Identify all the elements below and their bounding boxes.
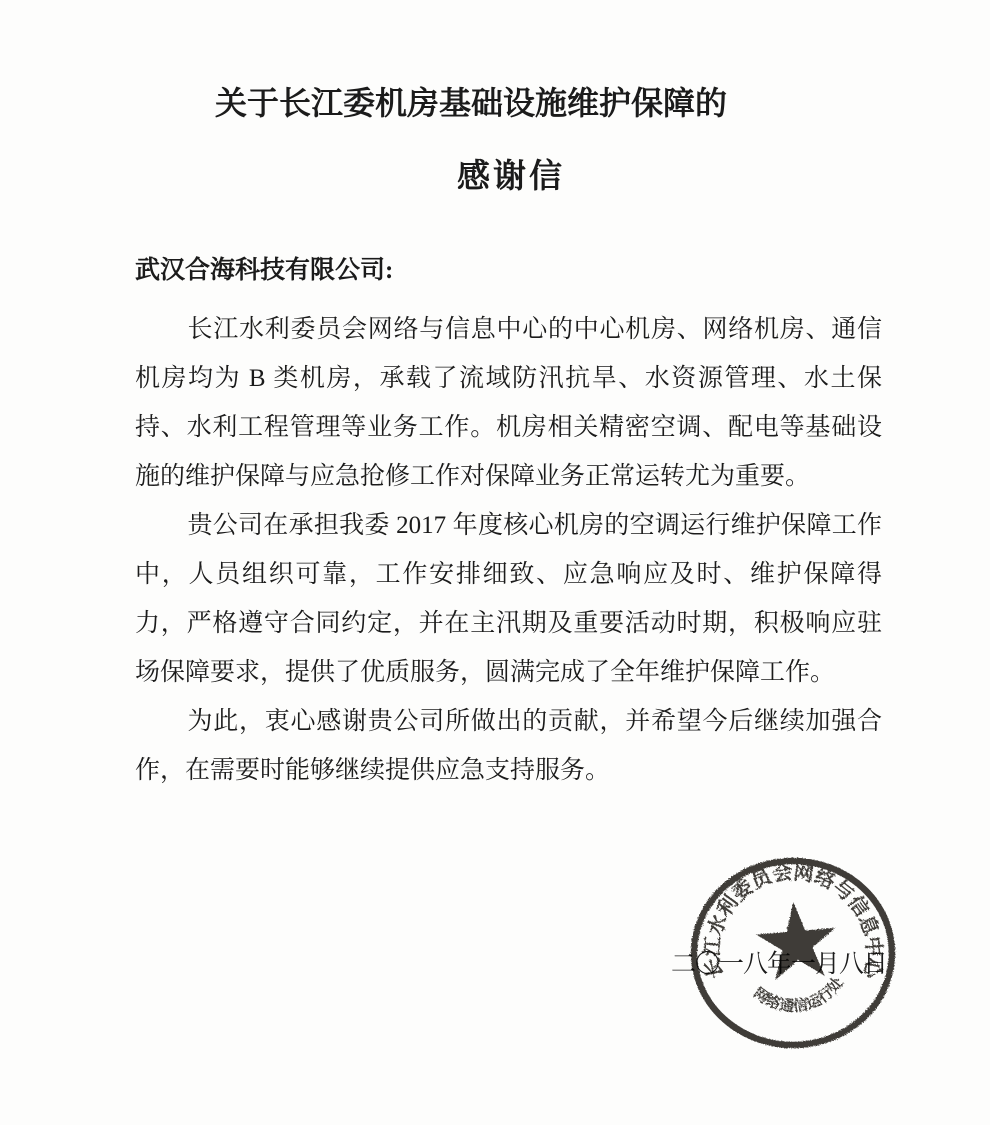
letter-title-line2: 感谢信 [16, 150, 990, 197]
star-icon [754, 899, 840, 982]
seal-bottom-textpath: 网络通信运行处 [748, 973, 850, 1022]
paragraph-3: 为此，衷心感谢贵公司所做出的贡献，并希望今后继续加强合作，在需要时能够继续提供应… [135, 697, 882, 795]
paragraph-2: 贵公司在承担我委 2017 年度核心机房的空调运行维护保障工作中，人员组织可靠，… [135, 501, 882, 697]
paragraph-1: 长江水利委员会网络与信息中心的中心机房、网络机房、通信机房均为 B 类机房，承载… [135, 305, 882, 501]
official-seal-stamp: 长江水利委员会网络与信息中心 网络通信运行处 [688, 855, 898, 1055]
salutation: 武汉合海科技有限公司: [135, 246, 882, 295]
seal-bottom-text: 网络通信运行处 [748, 973, 850, 1022]
scanned-letter-page: 关于长江委机房基础设施维护保障的 感谢信 武汉合海科技有限公司: 长江水利委员会… [0, 0, 990, 1125]
letter-body: 武汉合海科技有限公司: 长江水利委员会网络与信息中心的中心机房、网络机房、通信机… [135, 246, 882, 795]
letter-title-line1: 关于长江委机房基础设施维护保障的 [0, 78, 966, 124]
